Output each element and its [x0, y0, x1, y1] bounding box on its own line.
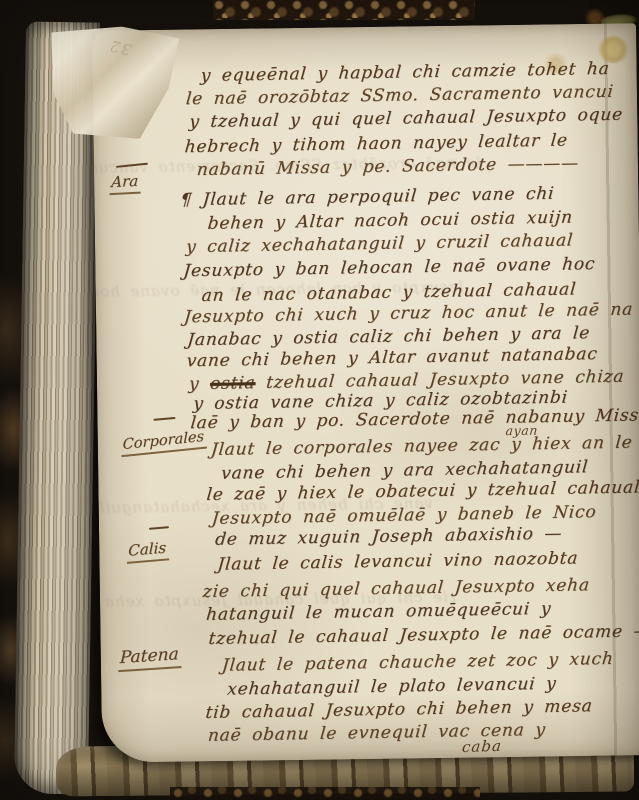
manuscript-page: 32 le naē orozōbtaz SSmo. Sacramento van… [92, 23, 639, 763]
struck-word: ostia [209, 373, 256, 394]
manuscript-line: zie chi qui quel cahaual Jesuxpto xeha [202, 577, 590, 601]
manuscript-line: Jlaut le patena chauche zet zoc y xuch [221, 651, 614, 675]
margin-note-calis: Calis [127, 538, 169, 563]
binding-top-edge [213, 0, 475, 20]
line-text: y [188, 374, 211, 394]
margin-note-corporales: Corporales [122, 429, 207, 458]
manuscript-line: y equeēnal y hapbal chi camzie tohet ha [200, 61, 610, 85]
manuscript-line: nabanū Missa y pe. Sacerdote ———— [196, 155, 579, 179]
manuscript-line: vane chi behen y Altar avanut natanabac [186, 346, 598, 370]
margin-dash [153, 417, 175, 421]
margin-dash [149, 526, 169, 530]
margin-note-patena: Patena [118, 644, 182, 672]
manuscript-line: tzehual le cahaual Jesuxpto le naē ocame… [208, 623, 639, 648]
margin-notes: AraCorporalesCalisPatena [92, 23, 636, 31]
manuscript-line: ¶ Jlaut le ara perpoquil pec vane chi [180, 186, 555, 210]
manuscript-line: behen y Altar nacoh ocui ostia xuijn [207, 209, 574, 232]
text-block: y equeēnal y hapbal chi camzie tohet hal… [92, 23, 636, 31]
manuscript-line: le naē orozōbtaz SSmo. Sacramento vancui [185, 84, 614, 108]
manuscript-line: hatanguil le mucan omuēqueēcui y [205, 601, 551, 624]
manuscript-line: Jlaut le calis levancui vino naozobta [217, 550, 579, 573]
page-edge-stack-left [14, 21, 100, 794]
manuscript-photo: 32 le naē orozōbtaz SSmo. Sacramento van… [0, 0, 639, 800]
margin-note-ara: Ara [110, 172, 142, 196]
interlinear-word: ayan [505, 423, 539, 438]
manuscript-line: hebrech y tihom haon nayey lealtar le [184, 133, 569, 157]
manuscript-line: xehahatanguil le plato levancui y [226, 676, 557, 699]
manuscript-line: y caliz xechahatanguil y cruzil cahaual [185, 232, 574, 256]
binding-bottom-edge [170, 787, 480, 800]
manuscript-line: le zaē y hiex le obatecui y tzehual caha… [206, 479, 639, 504]
catchword: caba [461, 737, 503, 756]
show-through-text: le naē orozōbtaz SSmo. Sacramento vancui… [92, 23, 636, 31]
manuscript-line: Jesuxpto y ban lehocan le naē ovane hoc [183, 256, 596, 280]
manuscript-line: Jlaut le corporales nayee zac y hiex an … [210, 435, 633, 459]
manuscript-line: tib cahaual Jesuxpto chi behen y mesa [205, 698, 594, 722]
manuscript-line: y tzehual y qui quel cahaual Jesuxpto oq… [189, 107, 624, 132]
manuscript-line: de muz xuguin Joseph abaxishio — [214, 526, 563, 549]
